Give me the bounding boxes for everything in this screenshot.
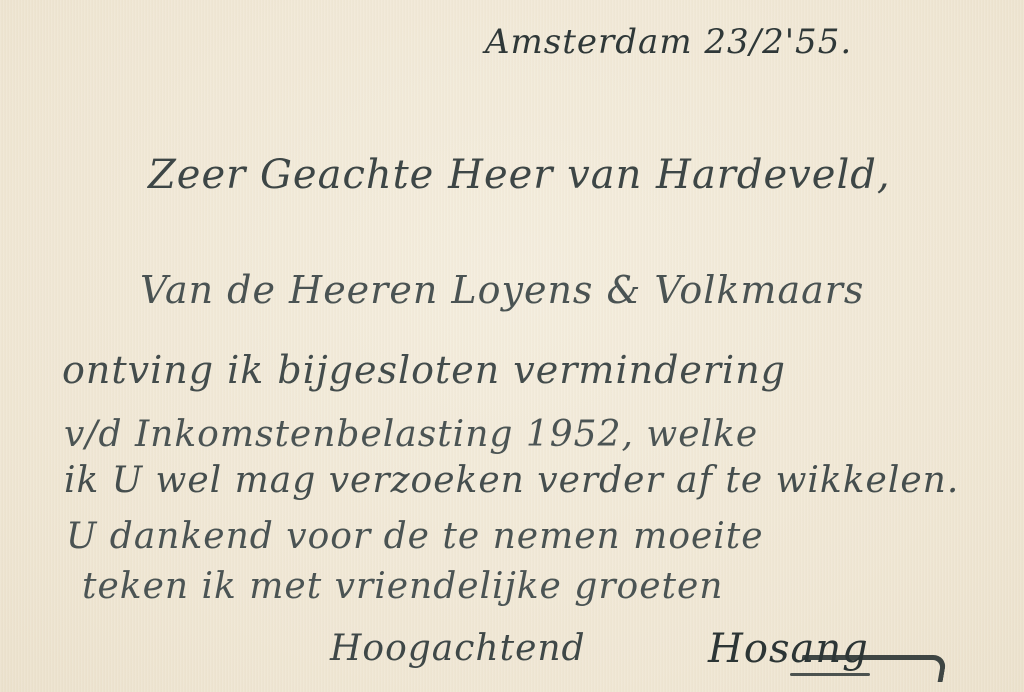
body-line-4: ik U wel mag verzoeken verder af te wikk… (64, 460, 959, 501)
body-line-3: v/d Inkomstenbelasting 1952, welke (64, 414, 758, 455)
signature-underline (790, 673, 870, 676)
body-line-5: U dankend voor de te nemen moeite (66, 516, 764, 557)
signature-flourish (798, 655, 948, 682)
body-line-6: teken ik met vriendelijke groeten (82, 566, 723, 607)
handwritten-letter: Amsterdam 23/2'55. Zeer Geachte Heer van… (0, 0, 1024, 692)
place-and-date: Amsterdam 23/2'55. (485, 22, 852, 62)
body-line-1: Van de Heeren Loyens & Volkmaars (140, 268, 864, 312)
body-line-2: ontving ik bijgesloten vermindering (62, 348, 786, 392)
closing: Hoogachtend (330, 628, 586, 669)
salutation: Zeer Geachte Heer van Hardeveld, (148, 152, 891, 198)
